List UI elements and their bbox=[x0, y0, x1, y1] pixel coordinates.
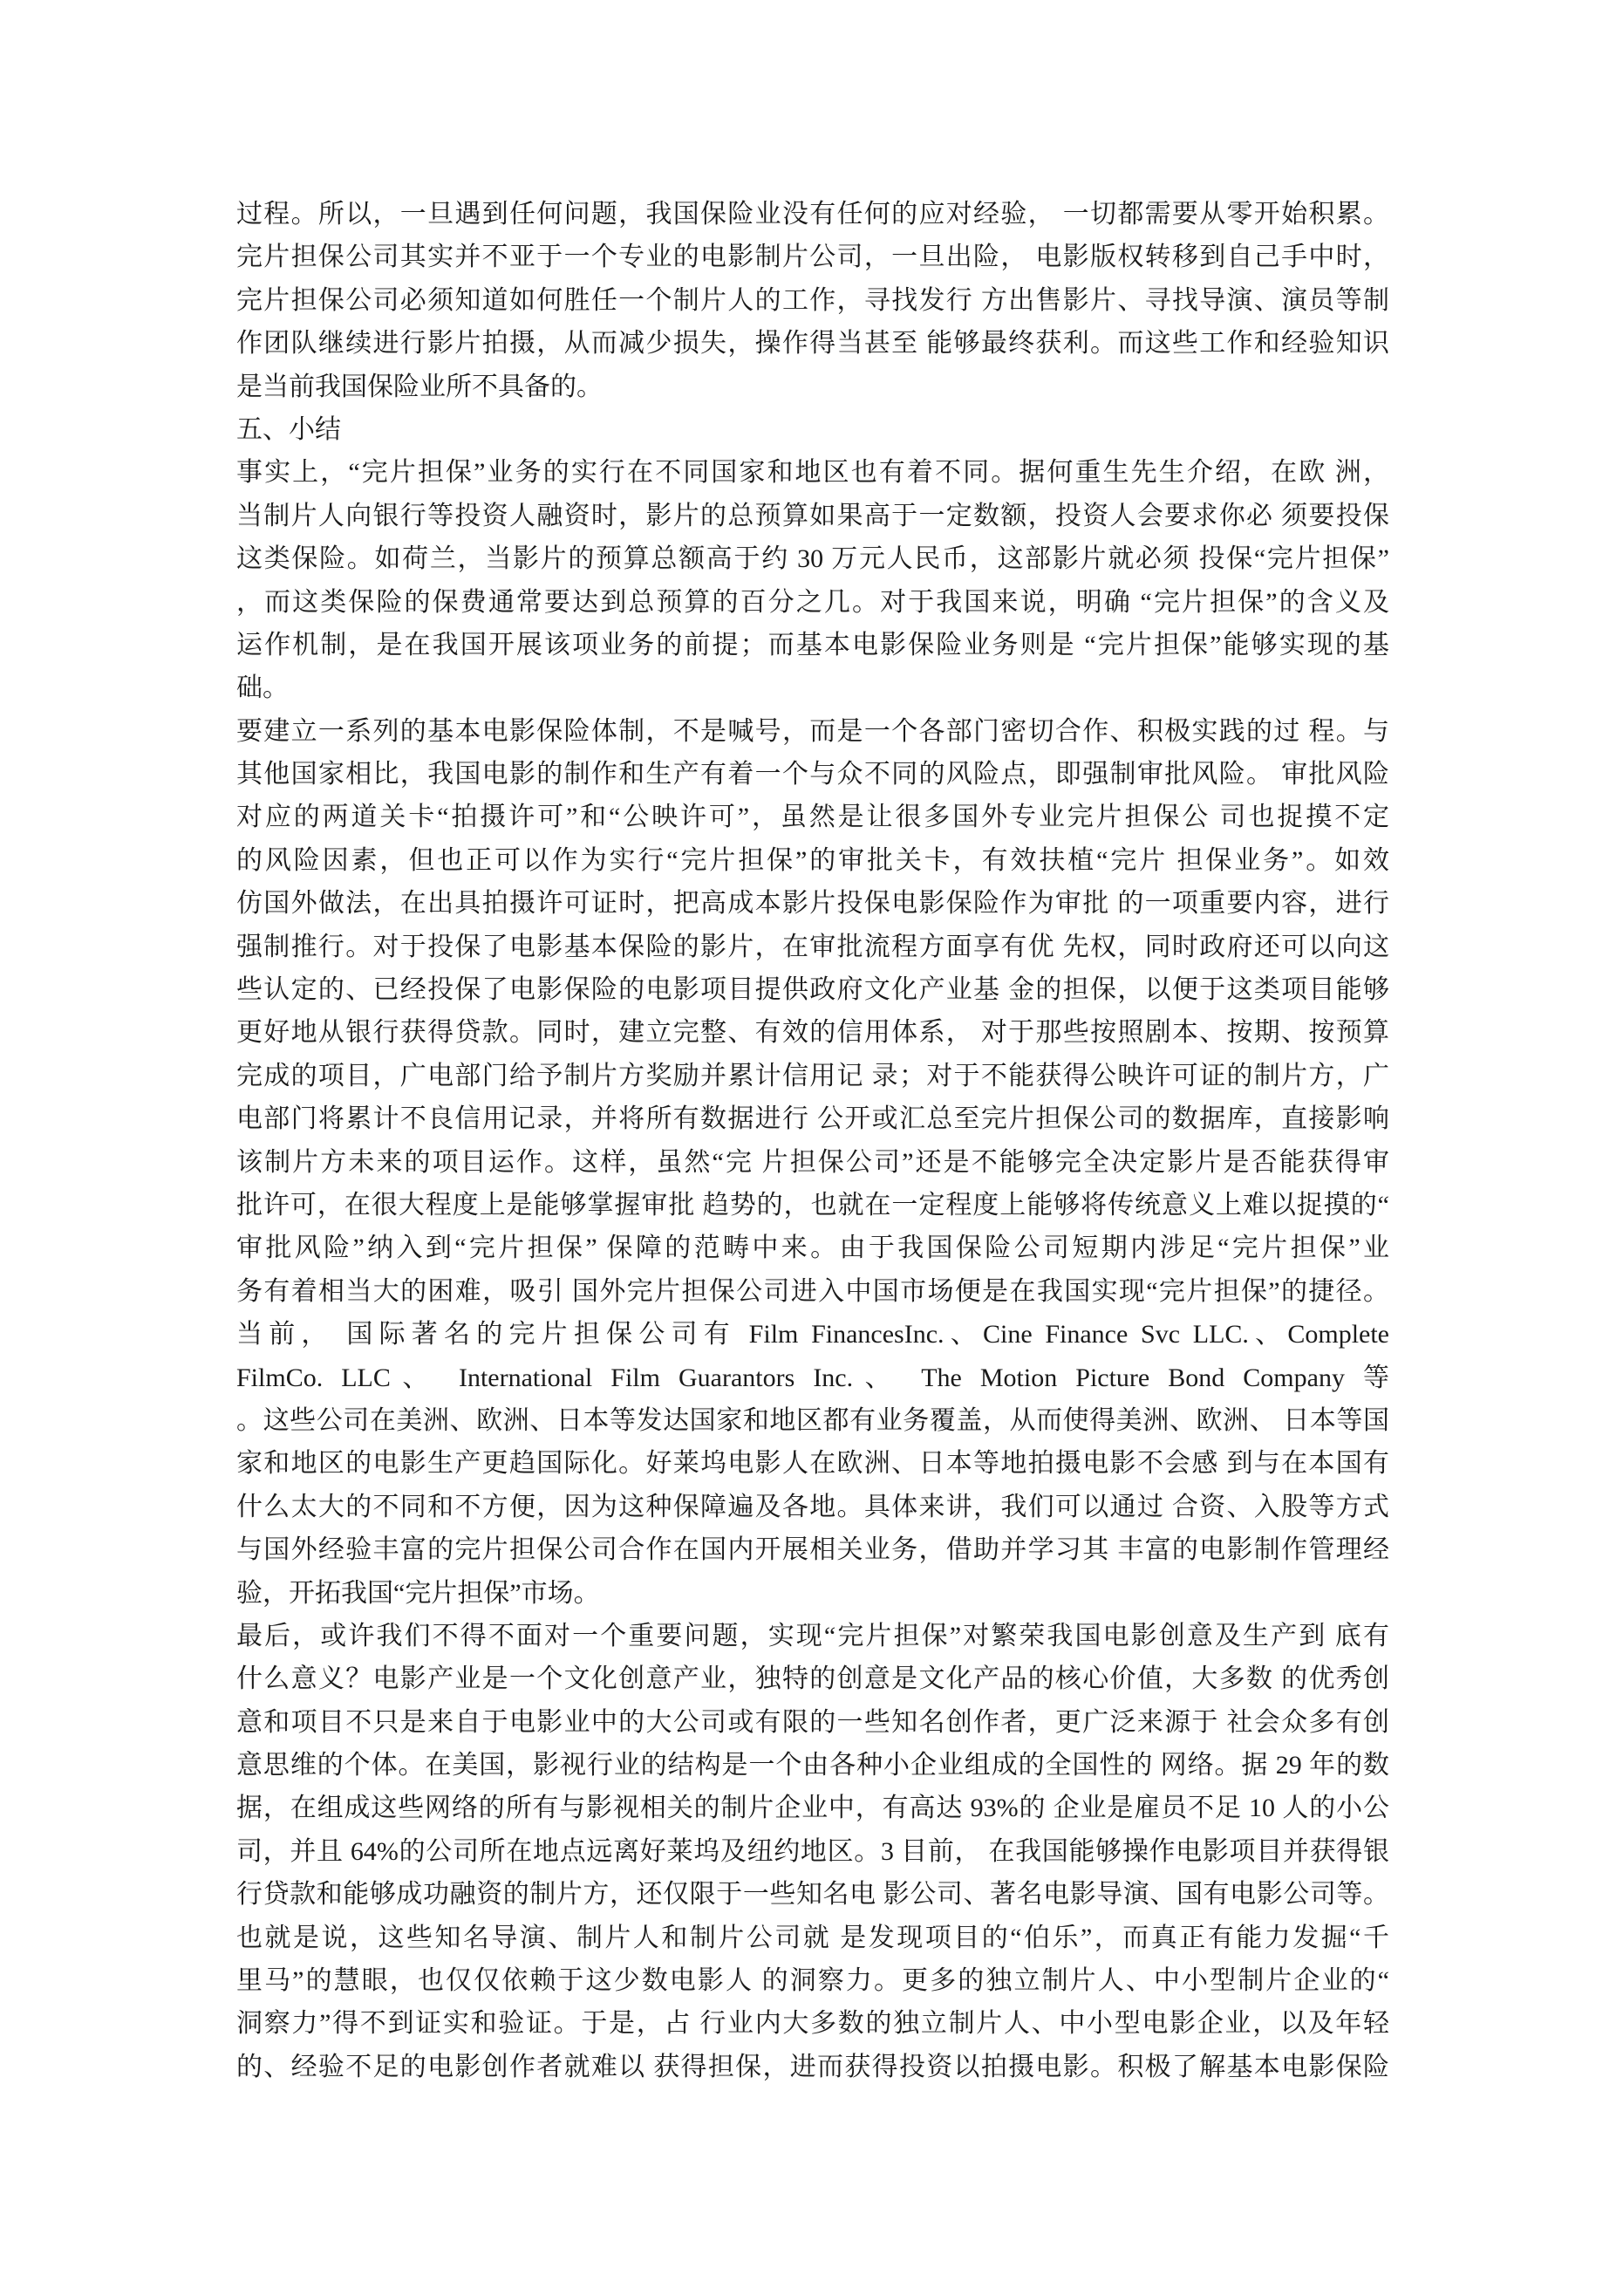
text-line-6: 五、小结 bbox=[236, 408, 1389, 451]
text-line-24: 批许可，在很大程度上是能够掌握审批 趋势的，也就在一定程度上能够将传统意义上难以… bbox=[236, 1184, 1389, 1227]
text-line-4: 作团队继续进行影片拍摄，从而减少损失，操作得当甚至 能够最终获利。而这些工作和经… bbox=[236, 322, 1389, 365]
text-line-9: 这类保险。如荷兰，当影片的预算总额高于约 30 万元人民币，这部影片就必须 投保… bbox=[236, 537, 1389, 580]
text-line-32: 与国外经验丰富的完片担保公司合作在国内开展相关业务，借助并学习其 丰富的电影制作… bbox=[236, 1528, 1389, 1571]
text-line-14: 其他国家相比，我国电影的制作和生产有着一个与众不同的风险点，即强制审批风险。 审… bbox=[236, 753, 1389, 796]
text-line-3: 完片担保公司必须知道如何胜任一个制片人的工作，寻找发行 方出售影片、寻找导演、演… bbox=[236, 279, 1389, 322]
text-line-34: 最后，或许我们不得不面对一个重要问题，实现“完片担保”对繁荣我国电影创意及生产到… bbox=[236, 1615, 1389, 1657]
text-line-43: 洞察力”得不到证实和验证。于是，占 行业内大多数的独立制片人、中小型电影企业，以… bbox=[236, 2002, 1389, 2045]
text-line-40: 行贷款和能够成功融资的制片方，还仅限于一些知名电 影公司、著名电影导演、国有电影… bbox=[236, 1873, 1389, 1916]
text-line-26: 务有着相当大的困难，吸引 国外完片担保公司进入中国市场便是在我国实现“完片担保”… bbox=[236, 1270, 1389, 1313]
text-line-16: 的风险因素，但也正可以作为实行“完片担保”的审批关卡，有效扶植“完片 担保业务”… bbox=[236, 839, 1389, 882]
text-line-38: 据，在组成这些网络的所有与影视相关的制片企业中，有高达 93%的 企业是雇员不足… bbox=[236, 1787, 1389, 1829]
text-line-1: 过程。所以，一旦遇到任何问题，我国保险业没有任何的应对经验， 一切都需要从零开始… bbox=[236, 193, 1389, 236]
text-line-11: 运作机制，是在我国开展该项业务的前提；而基本电影保险业务则是 “完片担保”能够实… bbox=[236, 624, 1389, 666]
text-line-30: 家和地区的电影生产更趋国际化。好莱坞电影人在欧洲、日本等地拍摄电影不会感 到与在… bbox=[236, 1442, 1389, 1485]
text-line-28: FilmCo. LLC、 International Film Guaranto… bbox=[236, 1356, 1389, 1399]
text-line-10: ，而这类保险的保费通常要达到总预算的百分之几。对于我国来说，明确 “完片担保”的… bbox=[236, 581, 1389, 624]
text-line-17: 仿国外做法，在出具拍摄许可证时，把高成本影片投保电影保险作为审批 的一项重要内容… bbox=[236, 882, 1389, 925]
text-line-29: 。这些公司在美洲、欧洲、日本等发达国家和地区都有业务覆盖，从而使得美洲、欧洲、 … bbox=[236, 1399, 1389, 1442]
text-line-15: 对应的两道关卡“拍摄许可”和“公映许可”，虽然是让很多国外专业完片担保公 司也捉… bbox=[236, 796, 1389, 838]
text-line-44: 的、经验不足的电影创作者就难以 获得担保，进而获得投资以拍摄电影。积极了解基本电… bbox=[236, 2046, 1389, 2088]
text-line-23: 该制片方未来的项目运作。这样，虽然“完 片担保公司”还是不能够完全决定影片是否能… bbox=[236, 1141, 1389, 1184]
text-line-36: 意和项目不只是来自于电影业中的大公司或有限的一些知名创作者，更广泛来源于 社会众… bbox=[236, 1701, 1389, 1744]
text-line-12: 础。 bbox=[236, 666, 1389, 709]
text-line-18: 强制推行。对于投保了电影基本保险的影片，在审批流程方面享有优 先权，同时政府还可… bbox=[236, 926, 1389, 968]
text-line-42: 里马”的慧眼，也仅仅依赖于这少数电影人 的洞察力。更多的独立制片人、中小型制片企… bbox=[236, 1959, 1389, 2002]
text-line-31: 什么太大的不同和不方便，因为这种保障遍及各地。具体来讲，我们可以通过 合资、入股… bbox=[236, 1486, 1389, 1528]
text-line-22: 电部门将累计不良信用记录，并将所有数据进行 公开或汇总至完片担保公司的数据库，直… bbox=[236, 1097, 1389, 1140]
document-page: 过程。所以，一旦遇到任何问题，我国保险业没有任何的应对经验， 一切都需要从零开始… bbox=[0, 0, 1623, 2296]
text-line-37: 意思维的个体。在美国，影视行业的结构是一个由各种小企业组成的全国性的 网络。据 … bbox=[236, 1744, 1389, 1787]
text-line-2: 完片担保公司其实并不亚于一个专业的电影制片公司，一旦出险， 电影版权转移到自己手… bbox=[236, 236, 1389, 278]
text-block: 过程。所以，一旦遇到任何问题，我国保险业没有任何的应对经验， 一切都需要从零开始… bbox=[236, 193, 1389, 2088]
text-line-25: 审批风险”纳入到“完片担保” 保障的范畴中来。由于我国保险公司短期内涉足“完片担… bbox=[236, 1227, 1389, 1269]
text-line-19: 些认定的、已经投保了电影保险的电影项目提供政府文化产业基 金的担保，以便于这类项… bbox=[236, 968, 1389, 1011]
text-line-39: 司，并且 64%的公司所在地点远离好莱坞及纽约地区。3 目前， 在我国能够操作电… bbox=[236, 1830, 1389, 1873]
text-line-20: 更好地从银行获得贷款。同时，建立完整、有效的信用体系， 对于那些按照剧本、按期、… bbox=[236, 1011, 1389, 1054]
text-line-41: 也就是说，这些知名导演、制片人和制片公司就 是发现项目的“伯乐”，而真正有能力发… bbox=[236, 1917, 1389, 1959]
text-line-7: 事实上，“完片担保”业务的实行在不同国家和地区也有着不同。据何重生先生介绍，在欧… bbox=[236, 451, 1389, 494]
text-line-35: 什么意义？电影产业是一个文化创意产业，独特的创意是文化产品的核心价值，大多数 的… bbox=[236, 1657, 1389, 1700]
text-line-5: 是当前我国保险业所不具备的。 bbox=[236, 366, 1389, 408]
text-line-33: 验，开拓我国“完片担保”市场。 bbox=[236, 1572, 1389, 1615]
text-line-21: 完成的项目，广电部门给予制片方奖励并累计信用记 录；对于不能获得公映许可证的制片… bbox=[236, 1055, 1389, 1097]
text-line-27: 当前， 国际著名的完片担保公司有 Film FinancesInc.、Cine … bbox=[236, 1313, 1389, 1356]
text-line-13: 要建立一系列的基本电影保险体制，不是喊号，而是一个各部门密切合作、积极实践的过 … bbox=[236, 710, 1389, 753]
text-line-8: 当制片人向银行等投资人融资时，影片的总预算如果高于一定数额，投资人会要求你必 须… bbox=[236, 495, 1389, 537]
